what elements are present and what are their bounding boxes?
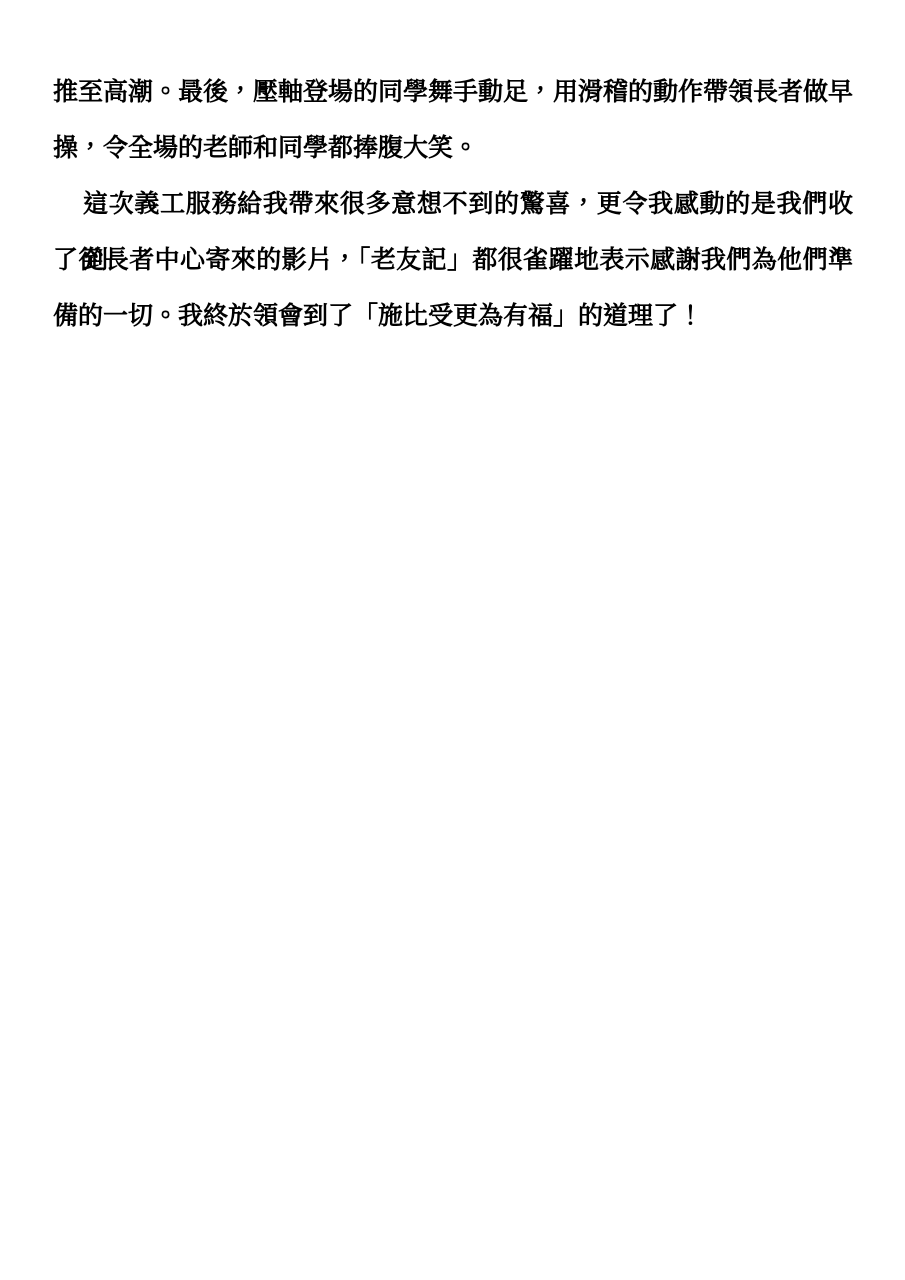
- document-body: 推至高潮。最後，壓軸登場的同學舞手動足，用滑稽的動作帶領長者做早 操，令全場的老…: [53, 64, 853, 344]
- document-page: 推至高潮。最後，壓軸登場的同學舞手動足，用滑稽的動作帶領長者做早 操，令全場的老…: [0, 0, 905, 1280]
- text-line-2: 操，令全場的老師和同學都捧腹大笑。: [53, 120, 853, 176]
- text-line-4: 了從長者中心寄來的影片，「老友記」都很雀躍地表示感謝我們為他們準: [53, 232, 853, 288]
- text-line-1: 推至高潮。最後，壓軸登場的同學舞手動足，用滑稽的動作帶領長者做早: [53, 64, 853, 120]
- text-line-3-paragraph-start: 這次義工服務給我帶來很多意想不到的驚喜，更令我感動的是我們收到: [53, 176, 853, 232]
- text-line-5: 備的一切。我終於領會到了「施比受更為有福」的道理了！: [53, 288, 853, 344]
